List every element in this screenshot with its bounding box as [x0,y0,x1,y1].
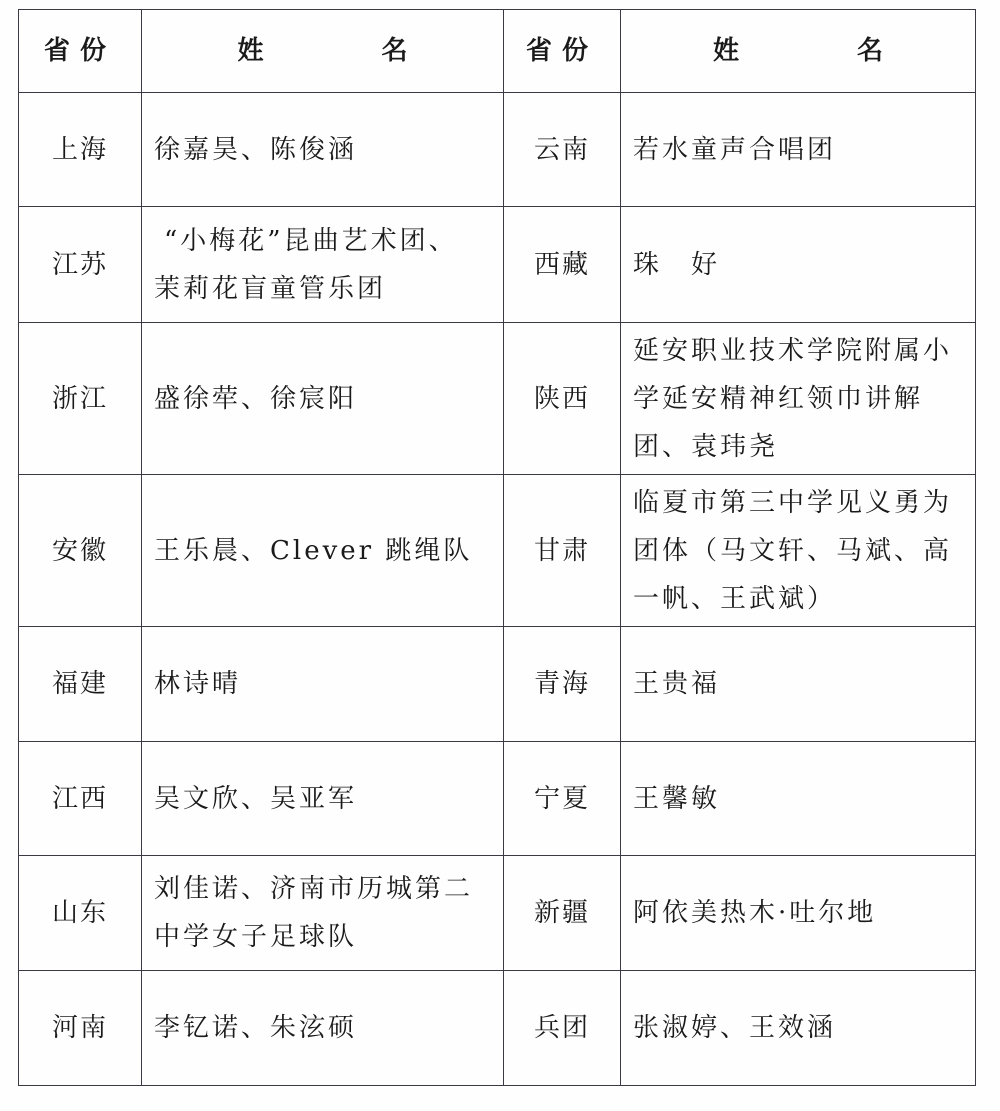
roster-table: 省份 姓 名 省份 姓 名 上海 徐嘉昊、陈俊涵 云南 若水童声合唱团 江苏 [18,9,976,1086]
province-cell: 安徽 [19,475,142,627]
province-cell: 西藏 [504,207,621,323]
table-row: 河南 李钇诺、朱泫硕 兵团 张淑婷、王效涵 [19,971,976,1086]
name-line: 中学女子足球队 [154,913,497,961]
names-cell: 吴文欣、吴亚军 [142,742,504,856]
names-cell: 延安职业技术学院附属小 学延安精神红领巾讲解 团、袁玮尧 [621,323,976,475]
table-row: 福建 林诗晴 青海 王贵福 [19,627,976,742]
document-page: 省份 姓 名 省份 姓 名 上海 徐嘉昊、陈俊涵 云南 若水童声合唱团 江苏 [0,0,1000,1111]
header-name-left: 姓 名 [142,10,504,93]
names-cell: 张淑婷、王效涵 [621,971,976,1086]
name-line: 一帆、王武斌） [633,575,969,623]
names-cell: 临夏市第三中学见义勇为 团体（马文轩、马斌、高 一帆、王武斌） [621,475,976,627]
names-cell: 徐嘉昊、陈俊涵 [142,93,504,207]
names-cell: 珠 好 [621,207,976,323]
name-line: 团、袁玮尧 [633,423,969,471]
province-cell: 青海 [504,627,621,742]
name-line: 王乐晨、Clever 跳绳队 [154,527,497,575]
names-cell: 刘佳诺、济南市历城第二 中学女子足球队 [142,856,504,971]
province-cell: 浙江 [19,323,142,475]
header-name-right: 姓 名 [621,10,976,93]
province-cell: 新疆 [504,856,621,971]
table-row: 山东 刘佳诺、济南市历城第二 中学女子足球队 新疆 阿依美热木·吐尔地 [19,856,976,971]
name-line: 刘佳诺、济南市历城第二 [154,865,497,913]
header-province-left: 省份 [19,10,142,93]
names-cell: 阿依美热木·吐尔地 [621,856,976,971]
name-line: 盛徐荦、徐宸阳 [154,375,497,423]
name-line: 学延安精神红领巾讲解 [633,375,969,423]
province-cell: 兵团 [504,971,621,1086]
name-line: 徐嘉昊、陈俊涵 [154,126,497,174]
name-line: 吴文欣、吴亚军 [154,775,497,823]
names-cell: 林诗晴 [142,627,504,742]
table-row: 安徽 王乐晨、Clever 跳绳队 甘肃 临夏市第三中学见义勇为 团体（马文轩、… [19,475,976,627]
name-line: 珠 好 [633,241,969,289]
name-line: 临夏市第三中学见义勇为 [633,479,969,527]
name-line: 张淑婷、王效涵 [633,1004,969,1052]
header-province-right: 省份 [504,10,621,93]
table-row: 江西 吴文欣、吴亚军 宁夏 王馨敏 [19,742,976,856]
names-cell: 若水童声合唱团 [621,93,976,207]
names-cell: 盛徐荦、徐宸阳 [142,323,504,475]
province-cell: 甘肃 [504,475,621,627]
names-cell: 王乐晨、Clever 跳绳队 [142,475,504,627]
name-line: 王贵福 [633,660,969,708]
province-cell: 江苏 [19,207,142,323]
names-cell: 王馨敏 [621,742,976,856]
name-line: 茉莉花盲童管乐团 [154,265,497,313]
province-cell: 云南 [504,93,621,207]
names-cell: 李钇诺、朱泫硕 [142,971,504,1086]
table-row: 浙江 盛徐荦、徐宸阳 陕西 延安职业技术学院附属小 学延安精神红领巾讲解 团、袁… [19,323,976,475]
names-cell: 王贵福 [621,627,976,742]
province-cell: 福建 [19,627,142,742]
name-line: 延安职业技术学院附属小 [633,327,969,375]
province-cell: 上海 [19,93,142,207]
header-row: 省份 姓 名 省份 姓 名 [19,10,976,93]
province-cell: 山东 [19,856,142,971]
name-line: 林诗晴 [154,660,497,708]
province-cell: 河南 [19,971,142,1086]
name-line: “小梅花”昆曲艺术团、 [154,217,497,265]
name-line: 阿依美热木·吐尔地 [633,889,969,937]
province-cell: 宁夏 [504,742,621,856]
name-line: 若水童声合唱团 [633,126,969,174]
names-cell: “小梅花”昆曲艺术团、 茉莉花盲童管乐团 [142,207,504,323]
name-line: 团体（马文轩、马斌、高 [633,527,969,575]
province-cell: 江西 [19,742,142,856]
table-row: 江苏 “小梅花”昆曲艺术团、 茉莉花盲童管乐团 西藏 珠 好 [19,207,976,323]
name-line: 李钇诺、朱泫硕 [154,1004,497,1052]
province-cell: 陕西 [504,323,621,475]
name-line: 王馨敏 [633,775,969,823]
table-row: 上海 徐嘉昊、陈俊涵 云南 若水童声合唱团 [19,93,976,207]
